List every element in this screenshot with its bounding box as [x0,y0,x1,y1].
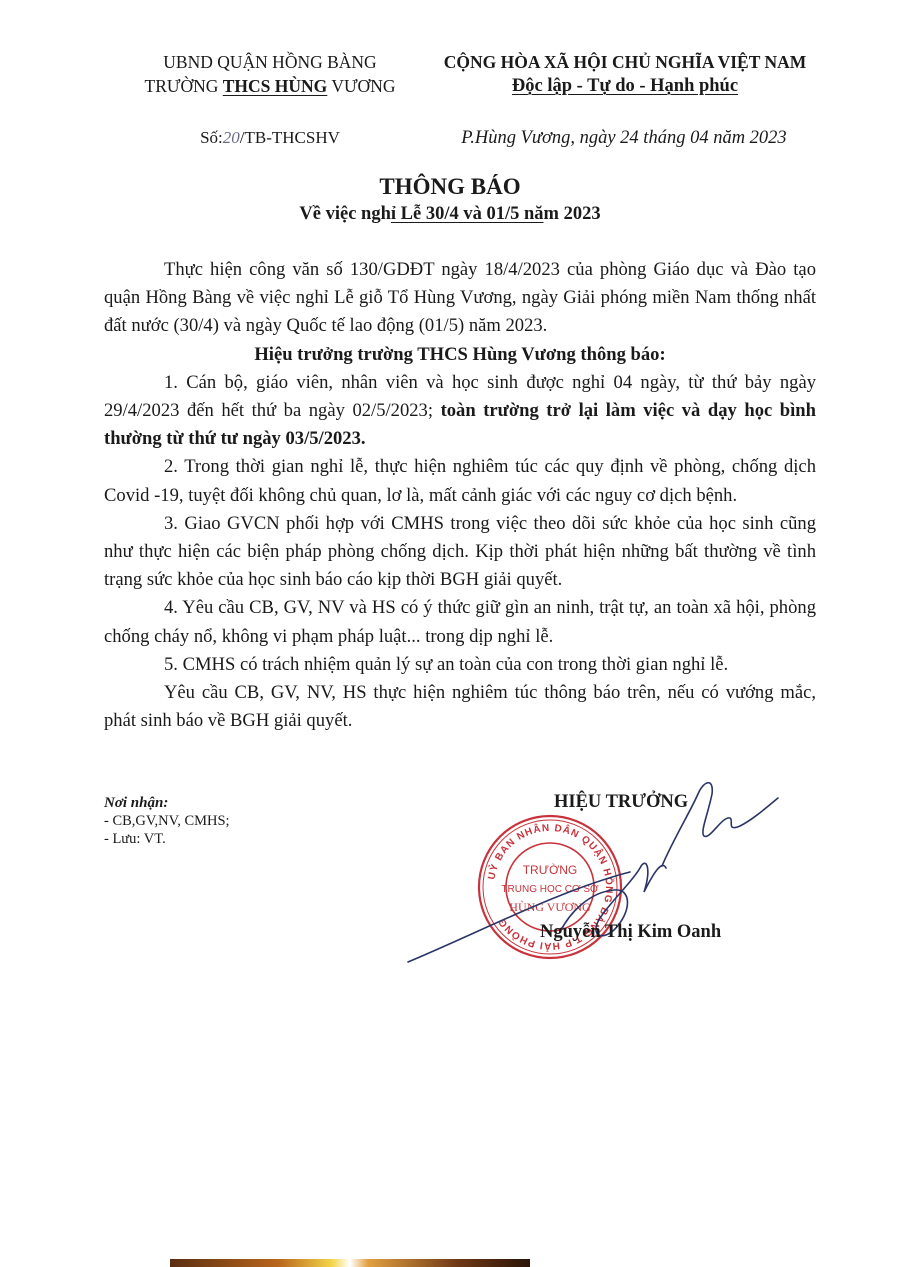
district-committee: UBND QUẬN HỒNG BÀNG [120,50,420,74]
document-number: Số:20/TB-THCSHV [120,128,420,148]
school-name-underlined: THCS HÙNG [223,76,328,96]
scan-edge-artifact [170,1259,530,1267]
closing-paragraph: Yêu cầu CB, GV, NV, HS thực hiện nghiêm … [104,679,816,735]
item-1: 1. Cán bộ, giáo viên, nhân viên và học s… [104,369,816,454]
issuing-authority: UBND QUẬN HỒNG BÀNG TRƯỜNG THCS HÙNG VƯƠ… [120,50,420,98]
item-5: 5. CMHS có trách nhiệm quản lý sự an toà… [104,651,816,679]
recipient-item: - CB,GV,NV, CMHS; [104,812,230,830]
recipients-block: Nơi nhận: - CB,GV,NV, CMHS; - Lưu: VT. [104,794,230,848]
item-2: 2. Trong thời gian nghỉ lễ, thực hiện ng… [104,453,816,509]
place-and-date: P.Hùng Vương, ngày 24 tháng 04 năm 2023 [418,128,830,149]
document-body: Thực hiện công văn số 130/GDĐT ngày 18/4… [104,256,816,735]
announcer-line: Hiệu trưởng trường THCS Hùng Vương thông… [104,341,816,369]
document-number-value: 20 [223,128,240,147]
country-name: CỘNG HÒA XÃ HỘI CHỦ NGHĨA VIỆT NAM [420,50,830,74]
item-4: 4. Yêu cầu CB, GV, NV và HS có ý thức gi… [104,594,816,650]
document-title: THÔNG BÁO [0,174,900,200]
item-3: 3. Giao GVCN phối hợp với CMHS trong việ… [104,510,816,595]
signer-name: Nguyễn Thị Kim Oanh [540,922,721,943]
school-name: TRƯỜNG THCS HÙNG VƯƠNG [120,74,420,98]
intro-paragraph: Thực hiện công văn số 130/GDĐT ngày 18/4… [104,256,816,341]
recipient-item: - Lưu: VT. [104,830,230,848]
document-subtitle: Về việc nghỉ Lễ 30/4 và 01/5 năm 2023 [0,204,900,225]
national-motto: Độc lập - Tự do - Hạnh phúc [420,74,830,98]
national-title: CỘNG HÒA XÃ HỘI CHỦ NGHĨA VIỆT NAM Độc l… [420,50,830,98]
recipients-title: Nơi nhận: [104,794,230,812]
